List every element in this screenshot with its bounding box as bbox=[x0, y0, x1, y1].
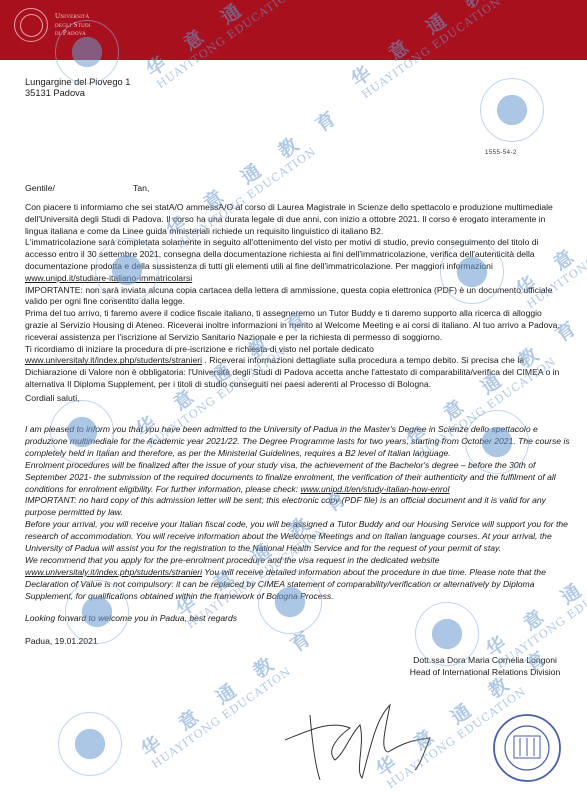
english-paragraph-enrolment: Enrolment procedures will be finalized a… bbox=[25, 460, 556, 494]
protocol-number: 1555-54-2 bbox=[485, 150, 517, 156]
italian-paragraph-preenrolment: Ti ricordiamo di iniziare la procedura d… bbox=[25, 344, 565, 356]
recipient-name: Tan, bbox=[133, 183, 149, 193]
sender-address: Lungargine del Piovego 1 35131 Padova bbox=[25, 77, 130, 99]
italian-paragraph-arrival: Prima del tuo arrivo, ti faremo avere il… bbox=[25, 308, 565, 343]
signer-name: Dott.ssa Dora Maria Cornelia Longoni bbox=[380, 654, 587, 666]
english-paragraph-important: IMPORTANT: no hard copy of this admissio… bbox=[25, 495, 570, 519]
handwritten-signature-icon bbox=[280, 690, 460, 785]
english-paragraph-preenrolment: We recommend that you apply for the pre-… bbox=[25, 555, 570, 567]
address-city: 35131 Padova bbox=[25, 88, 130, 99]
italian-paragraph-admission: Con piacere ti informiamo che sei statA/… bbox=[25, 202, 565, 237]
english-paragraph-admission: I am pleased to inform you that you have… bbox=[25, 424, 570, 460]
italian-regards: Cordiali saluti, bbox=[25, 393, 80, 403]
admission-letter: Lungargine del Piovego 1 35131 Padova 15… bbox=[0, 0, 587, 792]
greeting-salutation: Gentile/ bbox=[25, 183, 55, 193]
link-unipd-how-enrol[interactable]: www.unipd.it/en/study-italian-how-enrol bbox=[300, 484, 449, 494]
english-paragraph-arrival: Before your arrival, you will receive yo… bbox=[25, 519, 570, 555]
english-body: I am pleased to inform you that you have… bbox=[25, 424, 570, 603]
link-universitaly[interactable]: www.universitaly.it/index.php/students/s… bbox=[25, 355, 202, 365]
signer-title: Head of International Relations Division bbox=[380, 666, 587, 678]
italian-paragraph-important: IMPORTANTE: non sarà inviata alcuna copi… bbox=[25, 285, 565, 309]
university-official-stamp-icon bbox=[492, 712, 562, 784]
signer-block: Dott.ssa Dora Maria Cornelia Longoni Hea… bbox=[380, 654, 587, 678]
address-street: Lungargine del Piovego 1 bbox=[25, 77, 130, 88]
italian-body: Con piacere ti informiamo che sei statA/… bbox=[25, 202, 565, 391]
italian-paragraph-enrolment: L'immatricolazione sarà completata solam… bbox=[25, 237, 565, 272]
link-universitaly-en[interactable]: www.universitaly.it/index.php/students/s… bbox=[25, 567, 202, 577]
letter-date: Padua, 19.01.2021 bbox=[25, 636, 98, 646]
greeting: Gentile/Tan, bbox=[25, 183, 149, 193]
link-unipd-immatricolarsi[interactable]: www.unipd.it/studiare-italiano-immatrico… bbox=[25, 273, 192, 283]
closing-line: Looking forward to welcome you in Padua,… bbox=[25, 613, 237, 623]
